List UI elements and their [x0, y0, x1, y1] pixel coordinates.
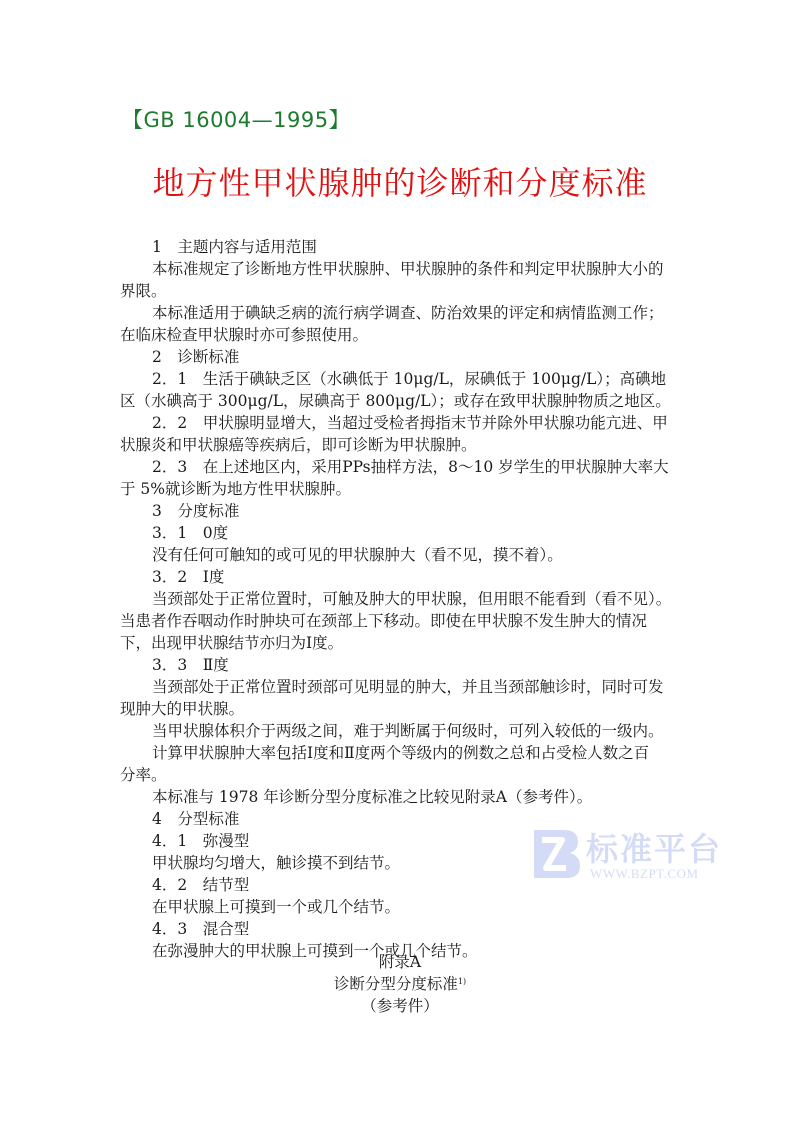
appendix-label: 附录A — [0, 951, 800, 973]
subsection-heading: 3．2 Ⅰ度 — [120, 566, 680, 588]
footnote-mark: 1) — [458, 977, 466, 986]
subsection-heading: 4．3 混合型 — [120, 918, 680, 940]
paragraph-line: 现肿大的甲状腺。 — [120, 698, 680, 720]
paragraph-line: 2．2 甲状腺明显增大，当超过受检者拇指末节并除外甲状腺功能亢进、甲 — [120, 412, 680, 434]
section-heading-3: 3 分度标准 — [120, 500, 680, 522]
watermark-url: WWW.BZPT.COM — [590, 866, 699, 882]
paragraph-line: 下，出现甲状腺结节亦归为Ⅰ度。 — [120, 632, 680, 654]
paragraph-line: 本标准与 1978 年诊断分型分度标准之比较见附录A（参考件）。 — [120, 786, 680, 808]
paragraph-line: 当颈部处于正常位置时颈部可见明显的肿大，并且当颈部触诊时，同时可发 — [120, 676, 680, 698]
paragraph-line: 在甲状腺上可摸到一个或几个结节。 — [120, 896, 680, 918]
paragraph-line: 分率。 — [120, 764, 680, 786]
paragraph-line: 界限。 — [120, 280, 680, 302]
document-title: 地方性甲状腺肿的诊断和分度标准 — [0, 158, 800, 204]
appendix-title-line: 诊断分型分度标准1) — [0, 973, 800, 995]
paragraph-line: 区（水碘高于 300μg/L，尿碘高于 800μg/L）；或存在致甲状腺肿物质之… — [120, 390, 680, 412]
paragraph-line: 本标准适用于碘缺乏病的流行病学调查、防治效果的评定和病情监测工作； — [120, 302, 680, 324]
paragraph-line: 计算甲状腺肿大率包括Ⅰ度和Ⅱ度两个等级内的例数之总和占受检人数之百 — [120, 742, 680, 764]
subsection-heading: 3．3 Ⅱ度 — [120, 654, 680, 676]
subsection-heading: 3．1 0度 — [120, 522, 680, 544]
paragraph-line: 2．3 在上述地区内，采用PPs抽样方法，8～10 岁学生的甲状腺肿大率大 — [120, 456, 680, 478]
watermark: 标准平台 WWW.BZPT.COM — [530, 826, 730, 886]
paragraph-line: 当甲状腺体积介于两级之间，难于判断属于何级时，可列入较低的一级内。 — [120, 720, 680, 742]
bzpt-logo-icon — [530, 826, 582, 880]
appendix-header: 附录A 诊断分型分度标准1) （参考件） — [0, 951, 800, 1017]
appendix-note: （参考件） — [0, 995, 800, 1017]
paragraph-line: 当颈部处于正常位置时，可触及肿大的甲状腺，但用眼不能看到（看不见）。 — [120, 588, 680, 610]
paragraph-line: 于 5%就诊断为地方性甲状腺肿。 — [120, 478, 680, 500]
standard-code: 【GB 16004—1995】 — [122, 104, 350, 134]
document-page: 【GB 16004—1995】 地方性甲状腺肿的诊断和分度标准 1 主题内容与适… — [0, 0, 800, 1131]
paragraph-line: 没有任何可触知的或可见的甲状腺肿大（看不见，摸不着）。 — [120, 544, 680, 566]
paragraph-line: 状腺炎和甲状腺癌等疾病后，即可诊断为甲状腺肿。 — [120, 434, 680, 456]
paragraph-line: 2．1 生活于碘缺乏区（水碘低于 10μg/L，尿碘低于 100μg/L）；高碘… — [120, 368, 680, 390]
appendix-title: 诊断分型分度标准 — [334, 975, 458, 993]
section-heading-2: 2 诊断标准 — [120, 346, 680, 368]
section-heading-1: 1 主题内容与适用范围 — [120, 236, 680, 258]
paragraph-line: 本标准规定了诊断地方性甲状腺肿、甲状腺肿的条件和判定甲状腺肿大小的 — [120, 258, 680, 280]
paragraph-line: 当患者作吞咽动作时肿块可在颈部上下移动。即使在甲状腺不发生肿大的情况 — [120, 610, 680, 632]
paragraph-line: 在临床检查甲状腺时亦可参照使用。 — [120, 324, 680, 346]
watermark-brand: 标准平台 — [586, 824, 722, 870]
